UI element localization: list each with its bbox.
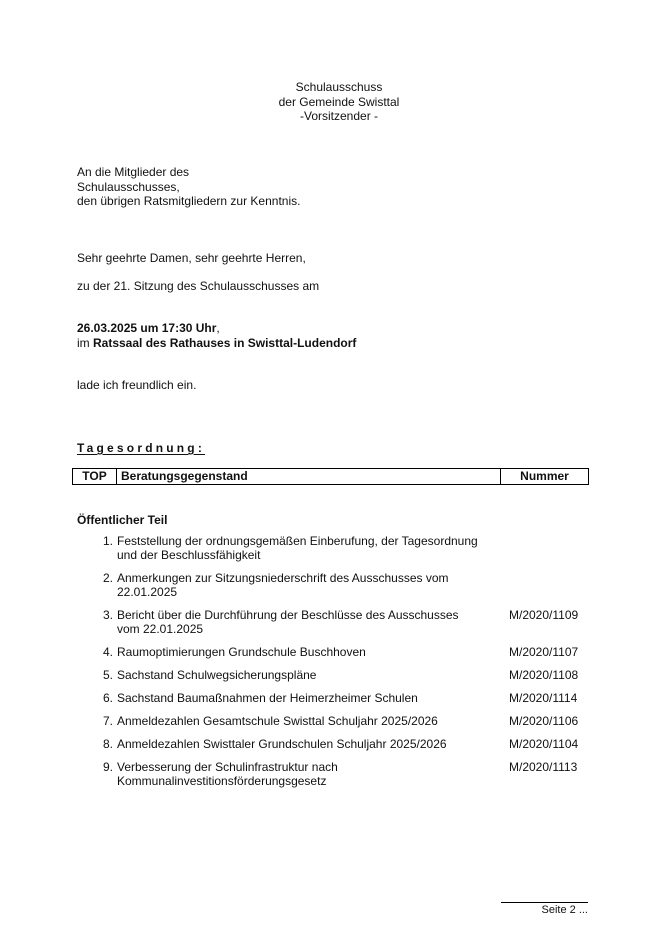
- agenda-item: 7.Anmeldezahlen Gesamtschule Swisttal Sc…: [0, 714, 668, 728]
- agenda-item-number: 8.: [77, 737, 117, 751]
- agenda-item-text: Bericht über die Durchführung der Beschl…: [117, 608, 509, 636]
- invitation-text: lade ich freundlich ein.: [77, 378, 196, 393]
- agenda-item-code: M/2020/1109: [509, 608, 578, 622]
- agenda-item-text: Anmerkungen zur Sitzungsniederschrift de…: [117, 571, 509, 599]
- salutation: Sehr geehrte Damen, sehr geehrte Herren,: [77, 251, 306, 266]
- agenda-list: 1.Feststellung der ordnungsgemäßen Einbe…: [0, 534, 668, 797]
- agenda-item-text: Anmeldezahlen Swisttaler Grundschulen Sc…: [117, 737, 509, 751]
- meeting-location-line: im Ratssaal des Rathauses in Swisttal-Lu…: [77, 336, 356, 351]
- agenda-item-number: 6.: [77, 691, 117, 705]
- meeting-datetime: 26.03.2025 um 17:30 Uhr: [77, 321, 216, 335]
- meeting-location: Ratssaal des Rathauses in Swisttal-Luden…: [93, 336, 356, 350]
- recipient-line-2: Schulausschusses,: [77, 180, 300, 195]
- agenda-item-code: M/2020/1107: [509, 645, 578, 659]
- agenda-item-text: Sachstand Schulwegsicherungspläne: [117, 668, 509, 682]
- agenda-item: 6.Sachstand Baumaßnahmen der Heimerzheim…: [0, 691, 668, 705]
- agenda-item: 1.Feststellung der ordnungsgemäßen Einbe…: [0, 534, 668, 562]
- agenda-item-number: 1.: [77, 534, 117, 562]
- agenda-item: 9.Verbesserung der Schulinfrastruktur na…: [0, 760, 668, 788]
- column-header-subject: Beratungsgegenstand: [117, 469, 501, 484]
- agenda-table-header: TOP Beratungsgegenstand Nummer: [72, 468, 589, 485]
- sender-role: -Vorsitzender -: [10, 109, 668, 124]
- agenda-item-text: Raumoptimierungen Grundschule Buschhoven: [117, 645, 509, 659]
- column-header-top: TOP: [73, 469, 117, 484]
- municipality-name: der Gemeinde Swisttal: [10, 95, 668, 110]
- recipient-line-1: An die Mitglieder des: [77, 165, 300, 180]
- agenda-item-number: 9.: [77, 760, 117, 788]
- agenda-item-number: 3.: [77, 608, 117, 636]
- agenda-item-text: Sachstand Baumaßnahmen der Heimerzheimer…: [117, 691, 509, 705]
- agenda-item: 8.Anmeldezahlen Swisttaler Grundschulen …: [0, 737, 668, 751]
- meeting-details: 26.03.2025 um 17:30 Uhr, im Ratssaal des…: [77, 321, 356, 350]
- meeting-datetime-line: 26.03.2025 um 17:30 Uhr,: [77, 321, 356, 336]
- page-continuation: Seite 2 ...: [501, 904, 588, 916]
- column-header-number: Nummer: [501, 469, 588, 484]
- section-heading: Öffentlicher Teil: [77, 513, 167, 528]
- agenda-item-code: M/2020/1108: [509, 668, 578, 682]
- agenda-title: Tagesordnung:: [77, 441, 205, 456]
- intro-text: zu der 21. Sitzung des Schulausschusses …: [77, 279, 319, 294]
- committee-name: Schulausschuss: [10, 80, 668, 95]
- agenda-item: 2.Anmerkungen zur Sitzungsniederschrift …: [0, 571, 668, 599]
- agenda-item: 3.Bericht über die Durchführung der Besc…: [0, 608, 668, 636]
- recipient-line-3: den übrigen Ratsmitgliedern zur Kenntnis…: [77, 194, 300, 209]
- agenda-item-text: Anmeldezahlen Gesamtschule Swisttal Schu…: [117, 714, 509, 728]
- agenda-item-text: Feststellung der ordnungsgemäßen Einberu…: [117, 534, 509, 562]
- agenda-item-code: M/2020/1106: [509, 714, 578, 728]
- agenda-item-code: M/2020/1104: [509, 737, 578, 751]
- agenda-item-code: M/2020/1114: [509, 691, 577, 705]
- agenda-item: 4.Raumoptimierungen Grundschule Buschhov…: [0, 645, 668, 659]
- agenda-item-code: M/2020/1113: [509, 760, 577, 774]
- letter-header: Schulausschuss der Gemeinde Swisttal -Vo…: [0, 80, 668, 124]
- agenda-item: 5.Sachstand SchulwegsicherungspläneM/202…: [0, 668, 668, 682]
- agenda-item-number: 4.: [77, 645, 117, 659]
- footer-divider: [501, 902, 588, 903]
- agenda-item-number: 5.: [77, 668, 117, 682]
- recipients-block: An die Mitglieder des Schulausschusses, …: [77, 165, 300, 209]
- agenda-item-text: Verbesserung der Schulinfrastruktur nach…: [117, 760, 509, 788]
- agenda-item-number: 7.: [77, 714, 117, 728]
- agenda-item-number: 2.: [77, 571, 117, 599]
